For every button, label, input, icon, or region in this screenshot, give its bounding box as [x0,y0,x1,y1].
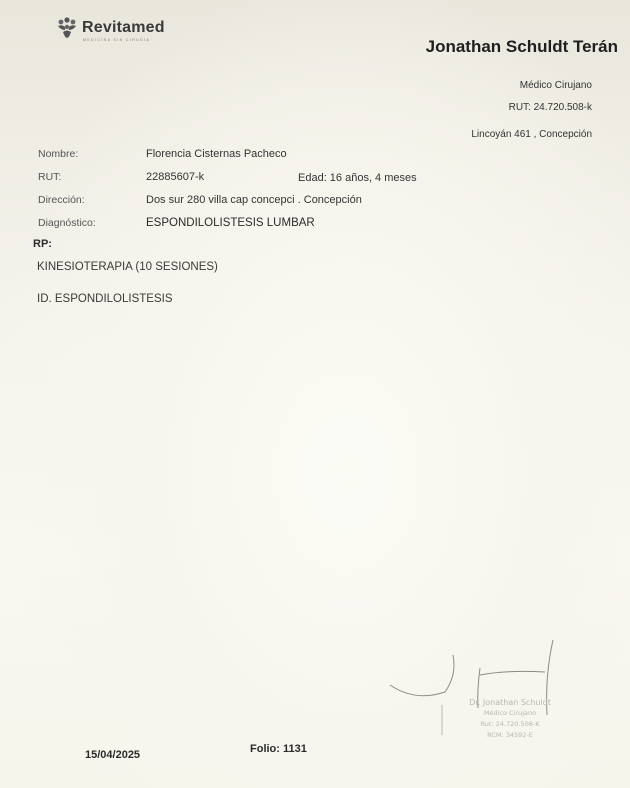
doctor-title: Médico Cirujano [520,80,592,91]
doctor-stamp: Dr. Jonathan Schuldt Médico Cirujano Rut… [450,697,570,741]
doctor-name: Jonathan Schuldt Terán [426,37,618,57]
prescription-item: KINESIOTERAPIA (10 SESIONES) [37,261,218,273]
patient-rut: 22885607-k [146,171,204,183]
doctor-rut: RUT: 24.720.508-k [509,102,592,113]
prescription-document: Revitamed MEDICINA SIN CIRUGIA Jonathan … [0,0,630,788]
name-label: Nombre: [38,148,78,160]
people-cluster-icon [56,17,78,39]
folio-number: Folio: 1131 [250,743,307,755]
rut-label: RUT: [38,171,61,183]
address-label: Dirección: [38,194,85,206]
stamp-name: Dr. Jonathan Schuldt [450,697,570,708]
patient-age: Edad: 16 años, 4 meses [298,172,417,184]
stamp-title: Médico Cirujano [450,708,570,719]
stamp-rut: Rut: 24.720.508-K [450,719,570,730]
clinic-logo: Revitamed [56,17,165,39]
issue-date: 15/04/2025 [85,749,140,761]
patient-diagnosis: ESPONDILOLISTESIS LUMBAR [146,217,315,229]
clinic-tagline: MEDICINA SIN CIRUGIA [83,38,150,42]
diagnosis-label: Diagnóstico: [38,217,96,229]
clinic-name: Revitamed [82,19,165,37]
patient-name: Florencia Cisternas Pacheco [146,148,287,160]
doctor-address: Lincoyán 461 , Concepción [471,129,592,140]
prescription-item: ID. ESPONDILOLISTESIS [37,293,172,305]
stamp-rcm: RCM: 34592-E [450,730,570,741]
patient-address: Dos sur 280 villa cap concepci . Concepc… [146,194,362,206]
prescription-heading: RP: [33,238,52,250]
